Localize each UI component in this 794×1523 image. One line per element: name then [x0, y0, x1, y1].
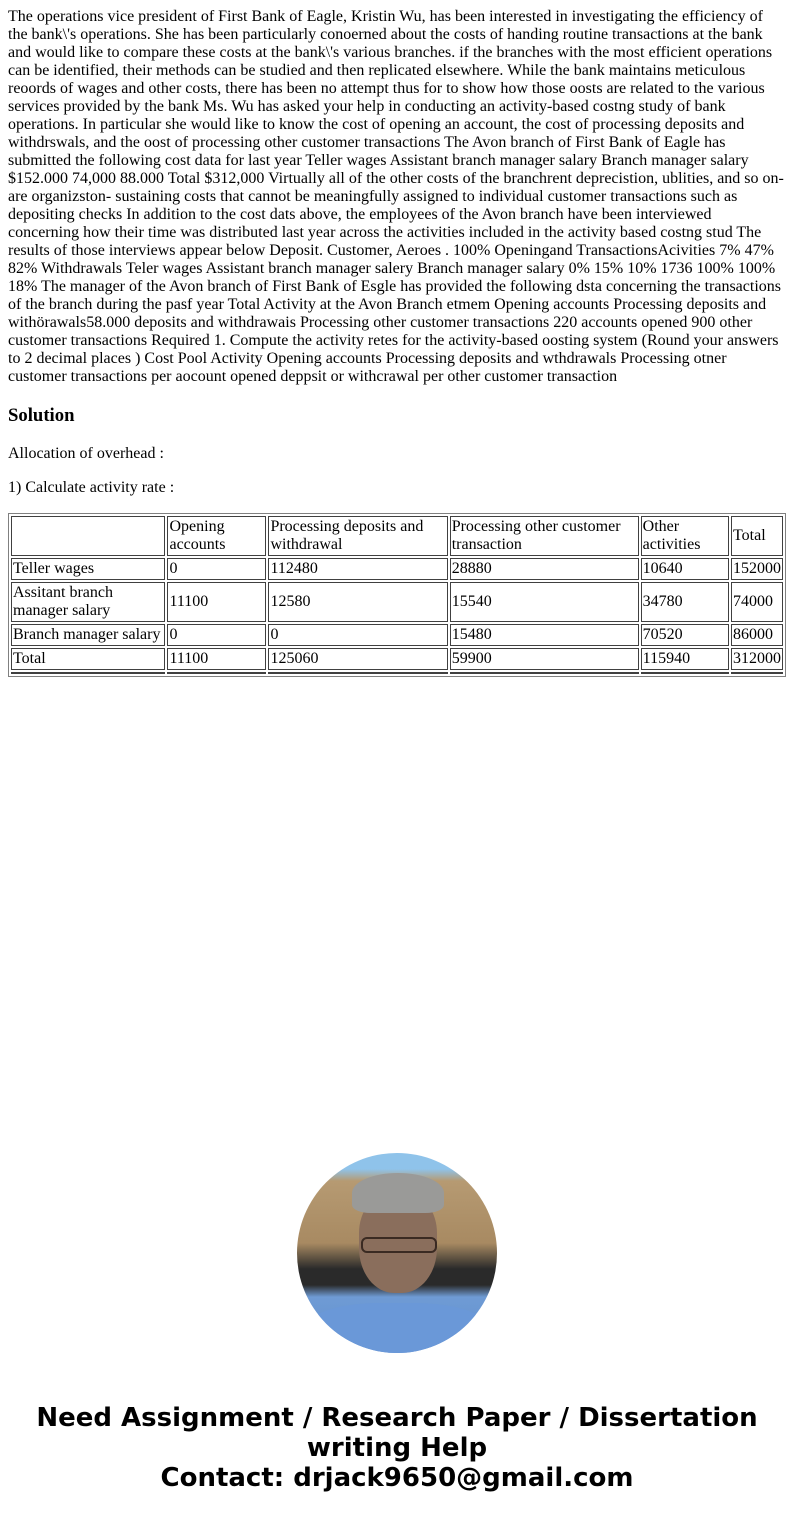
table-cell: 152000 — [731, 558, 783, 580]
table-cell: 15540 — [450, 582, 639, 622]
table-cell: 12580 — [268, 582, 447, 622]
table-cell: 312000 — [731, 648, 783, 670]
table-cell: 15480 — [450, 624, 639, 646]
avatar-glasses — [361, 1237, 437, 1253]
table-header-cell — [11, 516, 165, 556]
table-cell: 28880 — [450, 558, 639, 580]
table-header-cell: Processing deposits and withdrawal — [268, 516, 447, 556]
table-cell: 0 — [167, 558, 266, 580]
table-header-cell: Opening accounts — [167, 516, 266, 556]
solution-intro: Allocation of overhead : — [8, 445, 786, 463]
row-label: Total — [11, 648, 165, 670]
table-cell: 74000 — [731, 582, 783, 622]
row-label: Teller wages — [11, 558, 165, 580]
table-cell: 125060 — [268, 648, 447, 670]
empty-cell — [167, 672, 266, 674]
table-row-empty — [11, 672, 783, 674]
empty-cell — [450, 672, 639, 674]
empty-cell — [731, 672, 783, 674]
page-content: The operations vice president of First B… — [0, 0, 794, 677]
table-cell: 11100 — [167, 582, 266, 622]
table-header-cell: Other activities — [641, 516, 729, 556]
activity-cost-table: Opening accounts Processing deposits and… — [8, 513, 786, 677]
table-row: Assitant branch manager salary 11100 125… — [11, 582, 783, 622]
table-cell: 11100 — [167, 648, 266, 670]
promo-block: Need Assignment / Research Paper / Disse… — [0, 1145, 794, 1493]
table-cell: 70520 — [641, 624, 729, 646]
table-row: Branch manager salary 0 0 15480 70520 86… — [11, 624, 783, 646]
table-cell: 10640 — [641, 558, 729, 580]
solution-step-1: 1) Calculate activity rate : — [8, 479, 786, 497]
table-cell: 34780 — [641, 582, 729, 622]
table-cell: 0 — [167, 624, 266, 646]
table-header-row: Opening accounts Processing deposits and… — [11, 516, 783, 556]
empty-cell — [641, 672, 729, 674]
table-header-cell: Total — [731, 516, 783, 556]
avatar-hair — [352, 1173, 444, 1213]
table-cell: 115940 — [641, 648, 729, 670]
question-text: The operations vice president of First B… — [8, 8, 786, 386]
row-label: Branch manager salary — [11, 624, 165, 646]
empty-cell — [268, 672, 447, 674]
table-cell: 86000 — [731, 624, 783, 646]
solution-heading: Solution — [8, 405, 786, 427]
table-row-total: Total 11100 125060 59900 115940 312000 — [11, 648, 783, 670]
promo-contact: Contact: drjack9650@gmail.com — [0, 1463, 794, 1493]
empty-cell — [11, 672, 165, 674]
table-header-cell: Processing other customer transaction — [450, 516, 639, 556]
promo-line-1: Need Assignment / Research Paper / Disse… — [0, 1403, 794, 1433]
table-cell: 0 — [268, 624, 447, 646]
author-avatar-icon — [297, 1153, 497, 1353]
promo-line-2: writing Help — [0, 1433, 794, 1463]
promo-text: Need Assignment / Research Paper / Disse… — [0, 1403, 794, 1493]
table-cell: 59900 — [450, 648, 639, 670]
row-label: Assitant branch manager salary — [11, 582, 165, 622]
table-row: Teller wages 0 112480 28880 10640 152000 — [11, 558, 783, 580]
avatar-shirt — [307, 1303, 487, 1353]
table-cell: 112480 — [268, 558, 447, 580]
